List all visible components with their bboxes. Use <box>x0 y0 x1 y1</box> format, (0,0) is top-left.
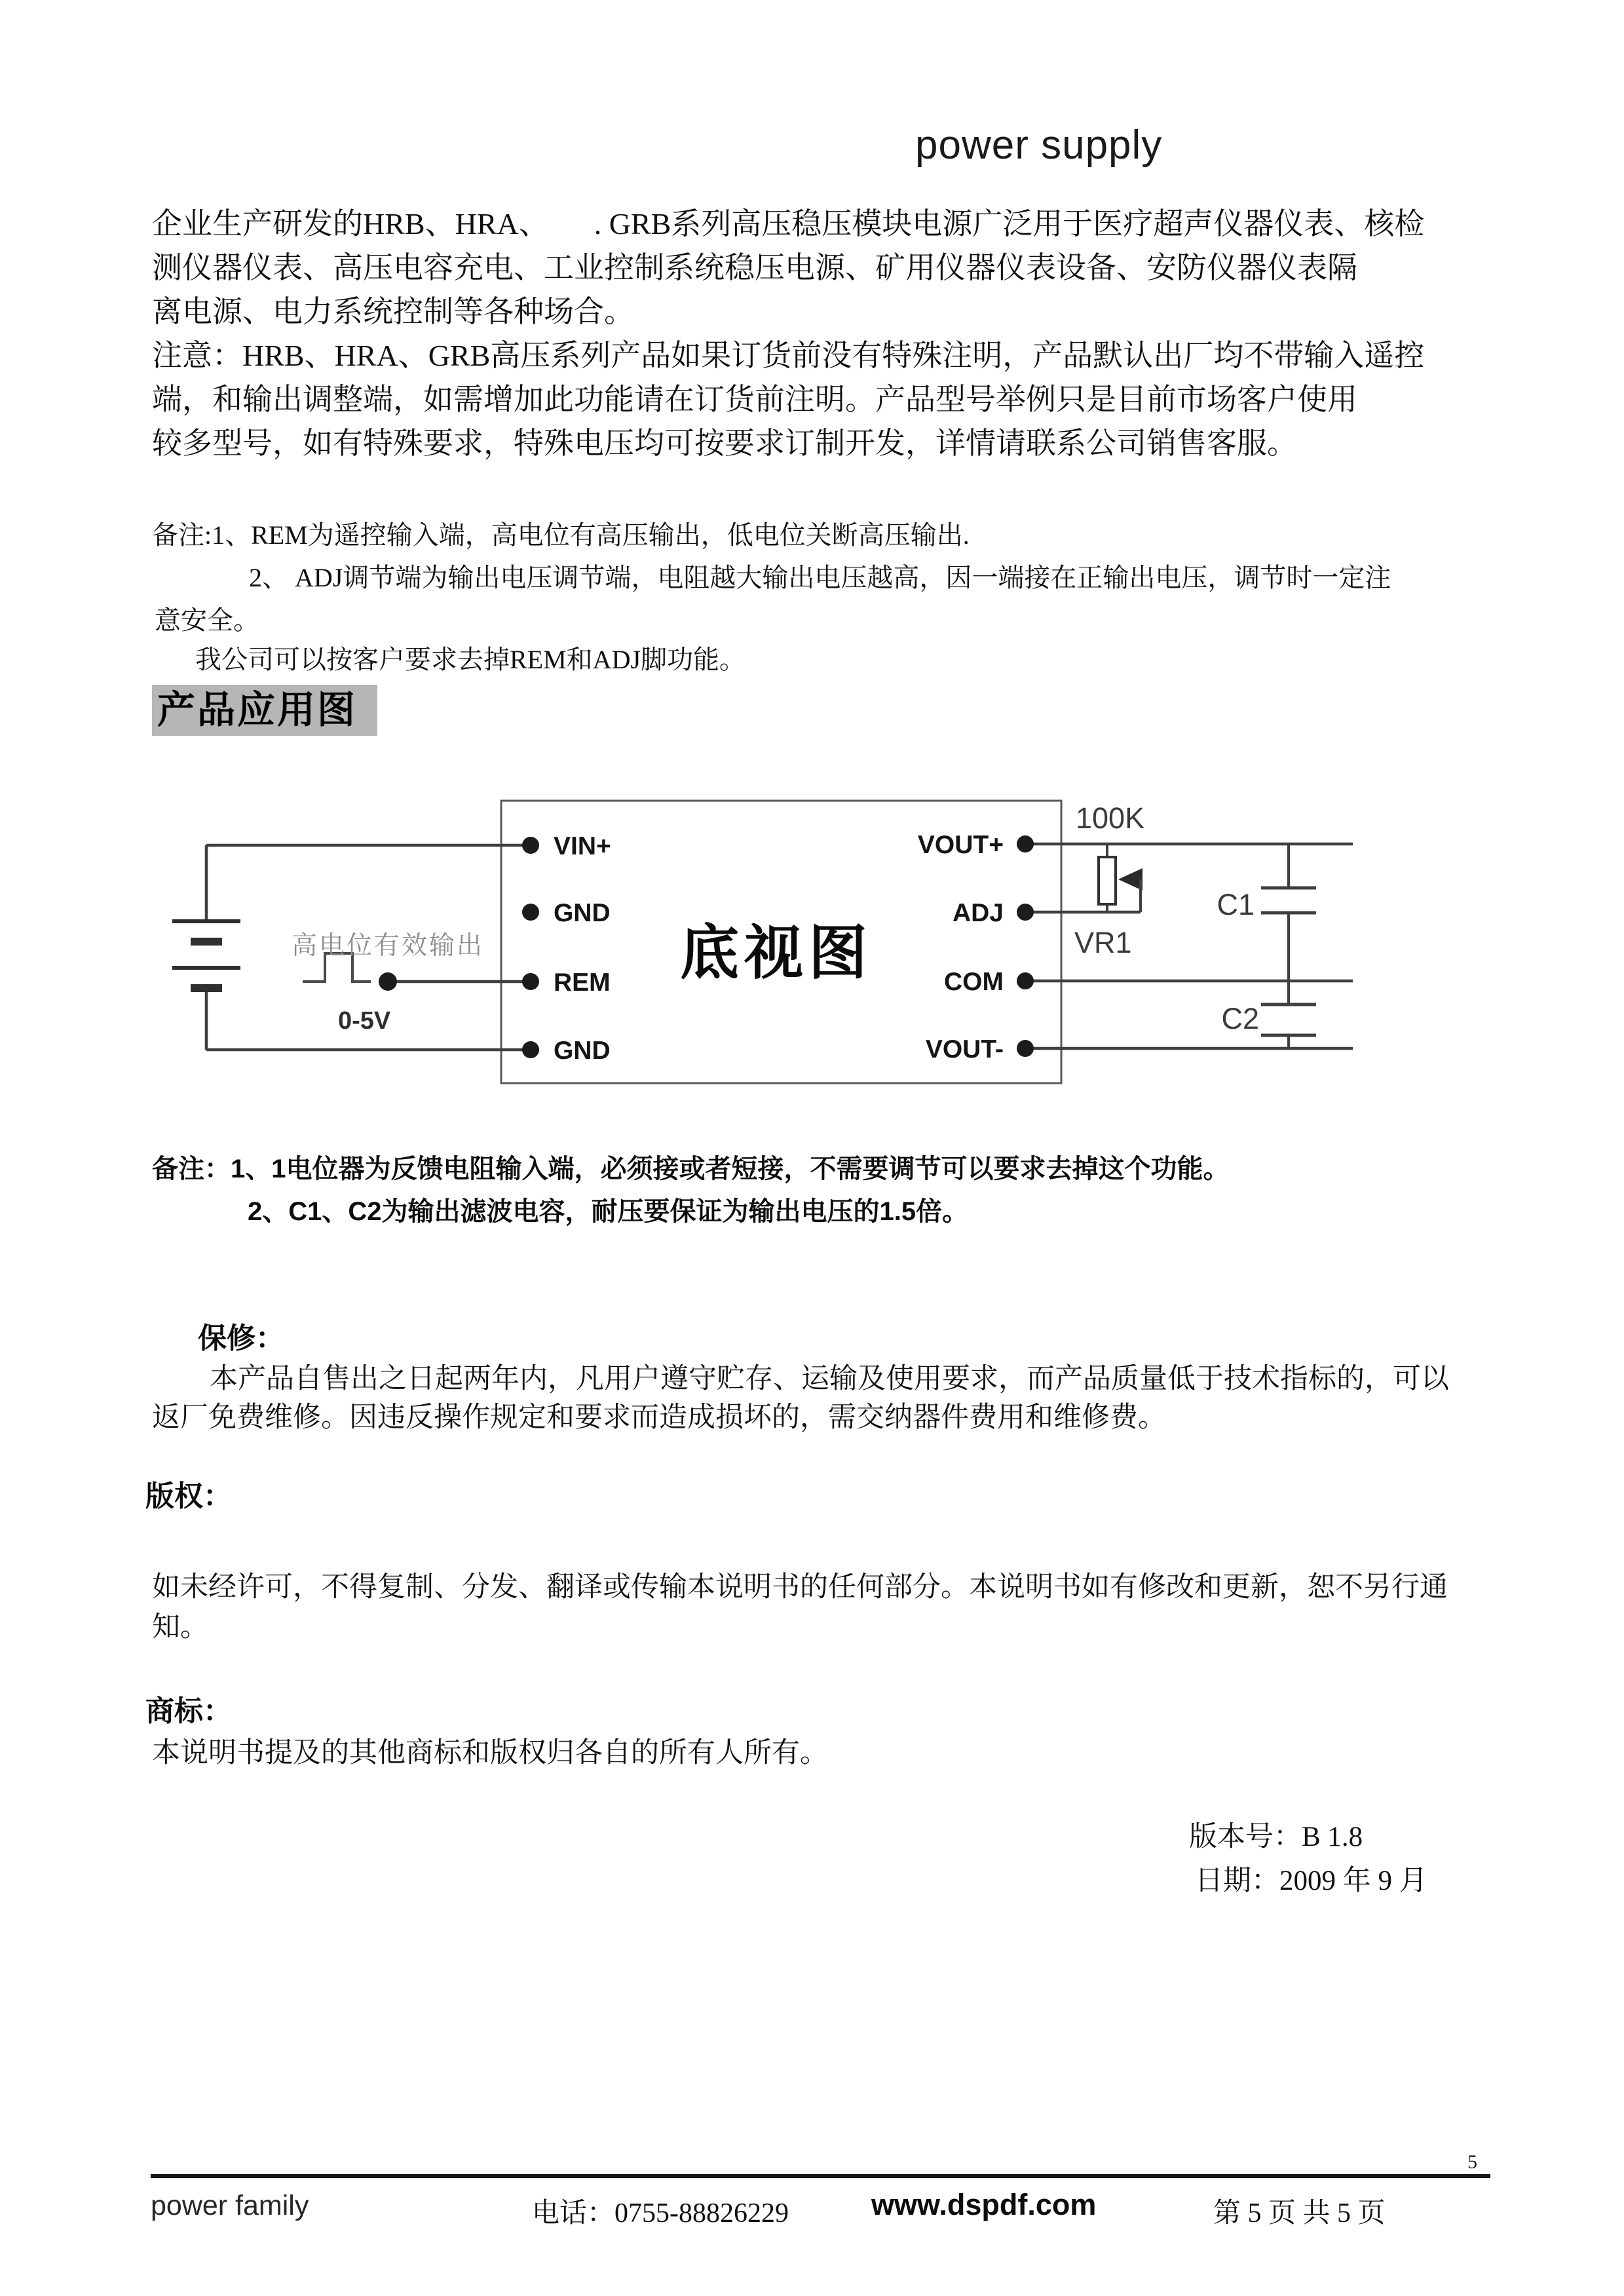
pin-dot-adj <box>1017 904 1034 921</box>
diagram-note-1: 备注：1、1电位器为反馈电阻输入端，必须接或者短接，不需要调节可以要求去掉这个功… <box>152 1148 1230 1185</box>
wiper-arrow-icon <box>1118 868 1142 890</box>
trademark-line: 本说明书提及的其他商标和版权归各自的所有人所有。 <box>152 1731 828 1770</box>
pin-dot-com <box>1017 972 1034 989</box>
cap2-label: C2 <box>1221 1002 1259 1035</box>
remark-line-1: 备注:1、REM为遥控输入端，高电位有高压输出，低电位关断高压输出. <box>152 514 970 552</box>
intro-line: 离电源、电力系统控制等各种场合。 <box>152 290 1424 334</box>
pin-label-adj: ADJ <box>953 899 1004 927</box>
pin-label-vout-minus: VOUT- <box>926 1035 1004 1063</box>
module-bottom-view-label: 底视图 <box>680 921 873 986</box>
pulse-node-dot <box>379 972 397 991</box>
capacitor-c2-icon <box>1261 981 1316 1048</box>
warranty-heading: 保修： <box>198 1314 284 1356</box>
page-title: power supply <box>915 122 1162 168</box>
potentiometer-icon <box>1099 844 1142 912</box>
footer-page-info: 第 5 页 共 5 页 <box>1213 2191 1386 2230</box>
page-number-top: 5 <box>1467 2151 1477 2173</box>
pot-name-label: VR1 <box>1074 926 1132 959</box>
pin-dot-gnd2 <box>522 1041 539 1058</box>
warranty-line: 本产品自售出之日起两年内，凡用户遵守贮存、运输及使用要求，而产品质量低于技术指标… <box>210 1356 1449 1396</box>
notice-line: 端，和输出调整端，如需增加此功能请在订货前注明。产品型号举例只是目前市场客户使用 <box>152 377 1424 421</box>
pin-dot-vout-plus <box>1017 835 1034 852</box>
notice-line: 较多型号，如有特殊要求，特殊电压均可按要求订制开发，详情请联系公司销售客服。 <box>152 421 1424 465</box>
footer-brand: power family <box>151 2190 309 2222</box>
footer-rule <box>151 2174 1490 2178</box>
copyright-line: 知。 <box>152 1605 208 1645</box>
pin-dot-gnd1 <box>522 904 539 921</box>
pin-label-vin: VIN+ <box>554 832 611 860</box>
copyright-heading: 版权： <box>145 1472 232 1514</box>
pin-label-gnd1: GND <box>554 899 611 927</box>
pin-dot-rem <box>522 973 539 990</box>
intro-line: 企业生产研发的HRB、HRA、 . GRB系列高压稳压模块电源广泛用于医疗超声仪… <box>152 202 1424 246</box>
pulse-caption-label: 高电位有效输出 <box>292 932 484 960</box>
remark-line-3: 意安全。 <box>155 600 259 637</box>
pin-label-gnd2: GND <box>554 1037 611 1065</box>
diagram-note-2: 2、C1、C2为输出滤波电容，耐压要保证为输出电压的1.5倍。 <box>248 1191 968 1228</box>
notice-paragraph: 注意：HRB、HRA、GRB高压系列产品如果订货前没有特殊注明，产品默认出厂均不… <box>152 334 1424 465</box>
pin-label-com: COM <box>944 968 1004 996</box>
intro-paragraph: 企业生产研发的HRB、HRA、 . GRB系列高压稳压模块电源广泛用于医疗超声仪… <box>152 202 1424 334</box>
capacitor-c1-icon <box>1261 844 1316 981</box>
pin-dot-vin <box>522 837 539 854</box>
copyright-line: 如未经许可，不得复制、分发、翻译或传输本说明书的任何部分。本说明书如有修改和更新… <box>152 1565 1448 1605</box>
footer-phone: 电话：0755-88826229 <box>532 2191 789 2230</box>
footer-website: www.dspdf.com <box>871 2188 1096 2222</box>
pulse-range-label: 0-5V <box>338 1007 391 1035</box>
notice-line: 注意：HRB、HRA、GRB高压系列产品如果订货前没有特殊注明，产品默认出厂均不… <box>152 334 1424 377</box>
warranty-line: 返厂免费维修。因违反操作规定和要求而造成损坏的，需交纳器件费用和维修费。 <box>152 1395 1166 1435</box>
pot-value-label: 100K <box>1076 801 1144 835</box>
pin-label-rem: REM <box>554 968 611 997</box>
version-number-line: 版本号：B 1.8 <box>1189 1814 1363 1854</box>
trademark-heading: 商标： <box>145 1687 232 1729</box>
document-page: power supply 企业生产研发的HRB、HRA、 . GRB系列高压稳压… <box>0 0 1624 2296</box>
version-date-line: 日期：2009 年 9 月 <box>1195 1858 1427 1898</box>
cap1-label: C1 <box>1217 888 1255 921</box>
application-circuit-diagram: 高电位有效输出 0-5V VIN+ GND REM GND 底视图 VOUT+ … <box>0 773 1624 1114</box>
section-header-product-application: 产品应用图 <box>152 685 377 736</box>
battery-icon <box>172 921 240 988</box>
pin-dot-vout-minus <box>1017 1040 1034 1057</box>
remark-line-2: 2、 ADJ调节端为输出电压调节端，电阻越大输出电压越高，因一端接在正输出电压，… <box>249 557 1391 594</box>
intro-line: 测仪器仪表、高压电容充电、工业控制系统稳压电源、矿用仪器仪表设备、安防仪器仪表隔 <box>152 246 1424 290</box>
remark-line-4: 我公司可以按客户要求去掉REM和ADJ脚功能。 <box>195 639 746 676</box>
pin-label-vout-plus: VOUT+ <box>918 831 1004 859</box>
